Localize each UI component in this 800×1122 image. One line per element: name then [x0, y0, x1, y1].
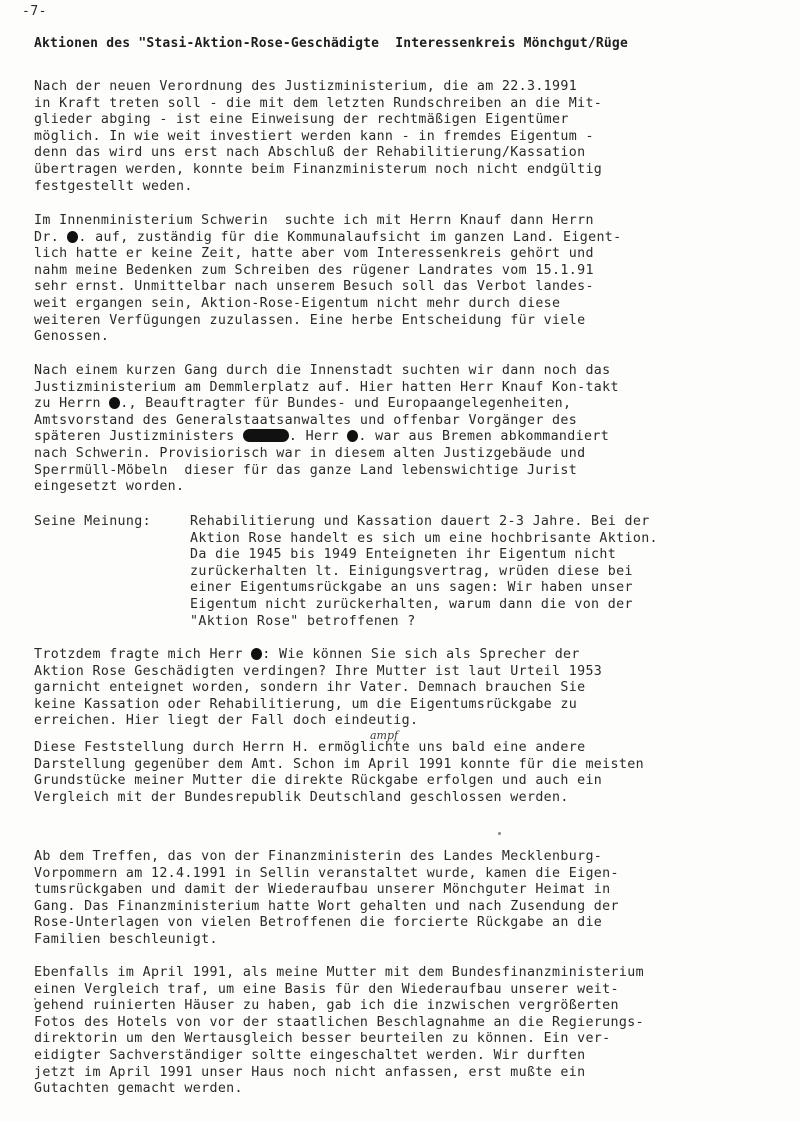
text-line: Genossen. [34, 329, 622, 346]
paragraph-treffen: Ab dem Treffen, das von der Finanzminist… [34, 849, 619, 949]
text-line: Justizministerium am Demmlerplatz auf. H… [34, 380, 619, 397]
text-line: Ebenfalls im April 1991, als meine Mutte… [34, 965, 644, 982]
page-number: -7- [22, 4, 47, 19]
text-line: Diese Feststellung durch Herrn H. ermögl… [34, 740, 644, 757]
redaction-mark [243, 429, 289, 442]
paragraph-trotzdem: Trotzdem fragte mich Herr : Wie können S… [34, 647, 602, 730]
text-line: Sperrmüll-Möbeln dieser für das ganze La… [34, 463, 619, 480]
paragraph-verordnung: Nach der neuen Verordnung des Justizmini… [34, 79, 602, 195]
text-line: einen Vergleich traf, um eine Basis für … [34, 982, 644, 999]
text-line: nahm meine Bedenken zum Schreiben des rü… [34, 263, 622, 280]
text-line: festgestellt weden. [34, 179, 602, 196]
redaction-mark [251, 648, 262, 660]
text-line: Darstellung gegenüber dem Amt. Schon im … [34, 757, 644, 774]
text-line: Rehabilitierung und Kassation dauert 2-3… [190, 514, 658, 531]
text-line: Familien beschleunigt. [34, 932, 619, 949]
paragraph-feststellung: Diese Feststellung durch Herrn H. ermögl… [34, 740, 644, 806]
redaction-mark [347, 430, 358, 442]
text-line: Im Innenministerium Schwerin suchte ich … [34, 213, 622, 230]
text-line: Nach der neuen Verordnung des Justizmini… [34, 79, 602, 96]
text-line: weit ergangen sein, Aktion-Rose-Eigentum… [34, 296, 622, 313]
text-line: Vorpommern am 12.4.1991 in Sellin verans… [34, 866, 619, 883]
text-line: garnicht enteignet worden, sondern ihr V… [34, 680, 602, 697]
text-line: möglich. In wie weit investiert werden k… [34, 129, 602, 146]
document-heading: Aktionen des "Stasi-Aktion-Rose-Geschädi… [34, 36, 628, 51]
text-line: Vergleich mit der Bundesrepublik Deutsch… [34, 790, 644, 807]
text-line: Trotzdem fragte mich Herr : Wie können S… [34, 647, 602, 664]
text-line: übertragen werden, konnte beim Finanzmin… [34, 162, 602, 179]
text-line: zu Herrn ., Beauftragter für Bundes- und… [34, 396, 619, 413]
text-line: jetzt im April 1991 unser Haus noch nich… [34, 1065, 644, 1082]
text-line: "Aktion Rose" betroffenen ? [190, 614, 658, 631]
document-page: -7- Aktionen des "Stasi-Aktion-Rose-Gesc… [0, 0, 800, 1122]
paragraph-vergleich: Ebenfalls im April 1991, als meine Mutte… [34, 965, 644, 1098]
text-line: eidigter Sachverständiger soltte eingesc… [34, 1048, 644, 1065]
text-line: zurückerhalten lt. Einigungsvertrag, wrü… [190, 564, 658, 581]
text-line: späteren Justizministers . Herr . war au… [34, 429, 619, 446]
paragraph-justizministerium: Nach einem kurzen Gang durch die Innenst… [34, 363, 619, 496]
redaction-mark [67, 231, 78, 243]
text-line: Gutachten gemacht werden. [34, 1081, 644, 1098]
text-line: in Kraft treten soll - die mit dem letzt… [34, 96, 602, 113]
text-line: Aktion Rose handelt es sich um eine hoch… [190, 531, 658, 548]
text-line: Rose-Unterlagen von vielen Betroffenen d… [34, 915, 619, 932]
scan-speck [34, 998, 36, 1000]
text-line: denn das wird uns erst nach Abschluß der… [34, 145, 602, 162]
text-line: keine Kassation oder Rehabilitierung, um… [34, 697, 602, 714]
text-line: erreichen. Hier liegt der Fall doch eind… [34, 713, 602, 730]
paragraph-innenministerium: Im Innenministerium Schwerin suchte ich … [34, 213, 622, 346]
text-line: sehr ernst. Unmittelbar nach unserem Bes… [34, 279, 622, 296]
text-line: lich hatte er keine Zeit, hatte aber vom… [34, 246, 622, 263]
text-line: Nach einem kurzen Gang durch die Innenst… [34, 363, 619, 380]
text-line: Amtsvorstand des Generalstaatsanwaltes u… [34, 413, 619, 430]
text-line: Da die 1945 bis 1949 Enteigneten ihr Eig… [190, 547, 658, 564]
handwritten-annotation: ampf [370, 729, 398, 742]
text-line: tumsrückgaben und damit der Wiederaufbau… [34, 882, 619, 899]
text-line: glieder abging - ist eine Einweisung der… [34, 112, 602, 129]
text-line: Fotos des Hotels von vor der staatlichen… [34, 1015, 644, 1032]
scan-speck [498, 832, 501, 835]
text-line: nach Schwerin. Provisiorisch war in dies… [34, 446, 619, 463]
text-line: Grundstücke meiner Mutter die direkte Rü… [34, 773, 644, 790]
opinion-label: Seine Meinung: [34, 514, 151, 531]
text-line: Dr. . auf, zuständig für die Kommunalauf… [34, 230, 622, 247]
text-line: weiteren Verfügungen zuzulassen. Eine he… [34, 313, 622, 330]
text-line: Eigentum nicht zurückerhalten, warum dan… [190, 597, 658, 614]
redaction-mark [109, 397, 120, 409]
text-line: direktorin um den Wertausgleich besser b… [34, 1031, 644, 1048]
text-line: Ab dem Treffen, das von der Finanzminist… [34, 849, 619, 866]
text-line: Aktion Rose Geschädigten verdingen? Ihre… [34, 664, 602, 681]
text-line: einer Eigentumsrückgabe an uns sagen: Wi… [190, 580, 658, 597]
text-line: eingesetzt worden. [34, 479, 619, 496]
text-line: gehend ruinierten Häuser zu haben, gab i… [34, 998, 644, 1015]
paragraph-opinion: Rehabilitierung und Kassation dauert 2-3… [190, 514, 658, 630]
text-line: Gang. Das Finanzministerium hatte Wort g… [34, 899, 619, 916]
